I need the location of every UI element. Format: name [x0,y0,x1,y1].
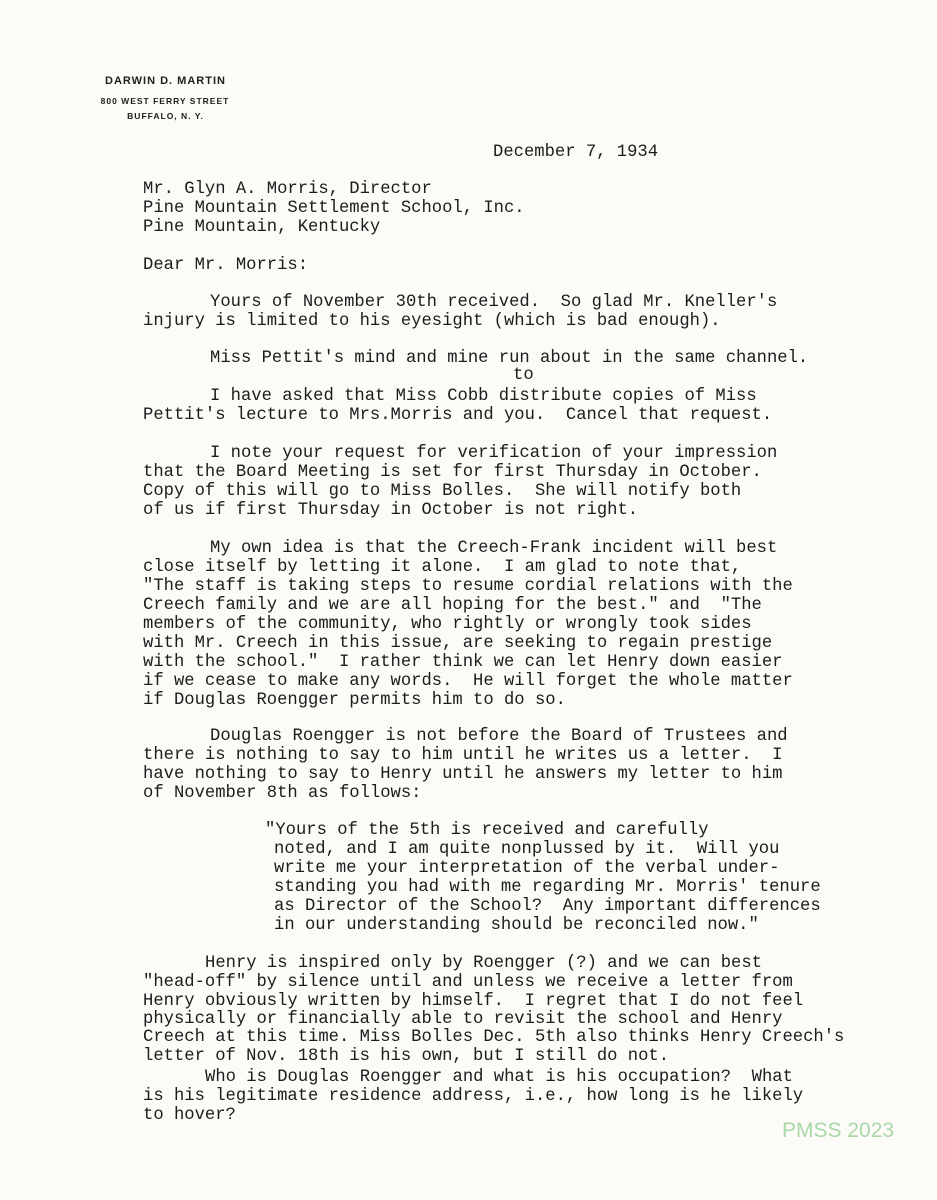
body-line: if Douglas Roengger permits him to do so… [143,691,566,710]
body-line: with the school." I rather think we can … [143,653,782,672]
body-line: Yours of November 30th received. So glad… [210,293,777,312]
body-line: letter of Nov. 18th is his own, but I st… [143,1047,669,1066]
body-line: Creech at this time. Miss Bolles Dec. 5t… [143,1028,844,1047]
body-line: Who is Douglas Roengger and what is his … [205,1068,793,1087]
body-line: Pettit's lecture to Mrs.Morris and you. … [143,406,772,425]
body-line: is his legitimate residence address, i.e… [143,1087,803,1106]
body-line: I have asked that Miss Cobb distribute c… [210,387,757,406]
body-line: to [513,366,534,385]
body-line: injury is limited to his eyesight (which… [143,312,721,331]
recipient-line: Mr. Glyn A. Morris, Director [143,180,432,199]
body-line: have nothing to say to Henry until he an… [143,765,782,784]
body-line: there is nothing to say to him until he … [143,746,782,765]
body-line: of us if first Thursday in October is no… [143,501,638,520]
watermark: PMSS 2023 [782,1119,894,1143]
body-line: with Mr. Creech in this issue, are seeki… [143,634,772,653]
body-line: if we cease to make any words. He will f… [143,672,793,691]
body-line: My own idea is that the Creech-Frank inc… [210,539,777,558]
body-line: Henry is inspired only by Roengger (?) a… [205,954,762,973]
letter-date: December 7, 1934 [493,143,658,162]
body-line: noted, and I am quite nonplussed by it. … [274,840,779,859]
body-line: "The staff is taking steps to resume cor… [143,577,793,596]
letter-page: DARWIN D. MARTIN 800 WEST FERRY STREET B… [0,0,937,1200]
body-line: write me your interpretation of the verb… [274,859,779,878]
body-line: as Director of the School? Any important… [274,897,821,916]
body-line: I note your request for verification of … [210,444,777,463]
body-line: standing you had with me regarding Mr. M… [274,878,821,897]
recipient-line: Pine Mountain Settlement School, Inc. [143,199,525,218]
body-line: members of the community, who rightly or… [143,615,752,634]
body-line: physically or financially able to revisi… [143,1010,782,1029]
body-line: to hover? [143,1106,236,1125]
body-line: in our understanding should be reconcile… [274,916,759,935]
letterhead-street: 800 WEST FERRY STREET [82,96,248,106]
body-line: "head-off" by silence until and unless w… [143,973,793,992]
recipient-line: Pine Mountain, Kentucky [143,218,380,237]
body-line: that the Board Meeting is set for first … [143,463,762,482]
body-line: "Yours of the 5th is received and carefu… [265,821,709,840]
letterhead-city: BUFFALO, N. Y. [88,111,243,121]
salutation: Dear Mr. Morris: [143,256,308,275]
body-line: close itself by letting it alone. I am g… [143,558,741,577]
body-line: Creech family and we are all hoping for … [143,596,762,615]
body-line: Henry obviously written by himself. I re… [143,992,803,1011]
body-line: Copy of this will go to Miss Bolles. She… [143,482,741,501]
body-line: of November 8th as follows: [143,784,421,803]
body-line: Miss Pettit's mind and mine run about in… [210,349,808,368]
body-line: Douglas Roengger is not before the Board… [210,727,788,746]
letterhead-name: DARWIN D. MARTIN [88,75,243,87]
